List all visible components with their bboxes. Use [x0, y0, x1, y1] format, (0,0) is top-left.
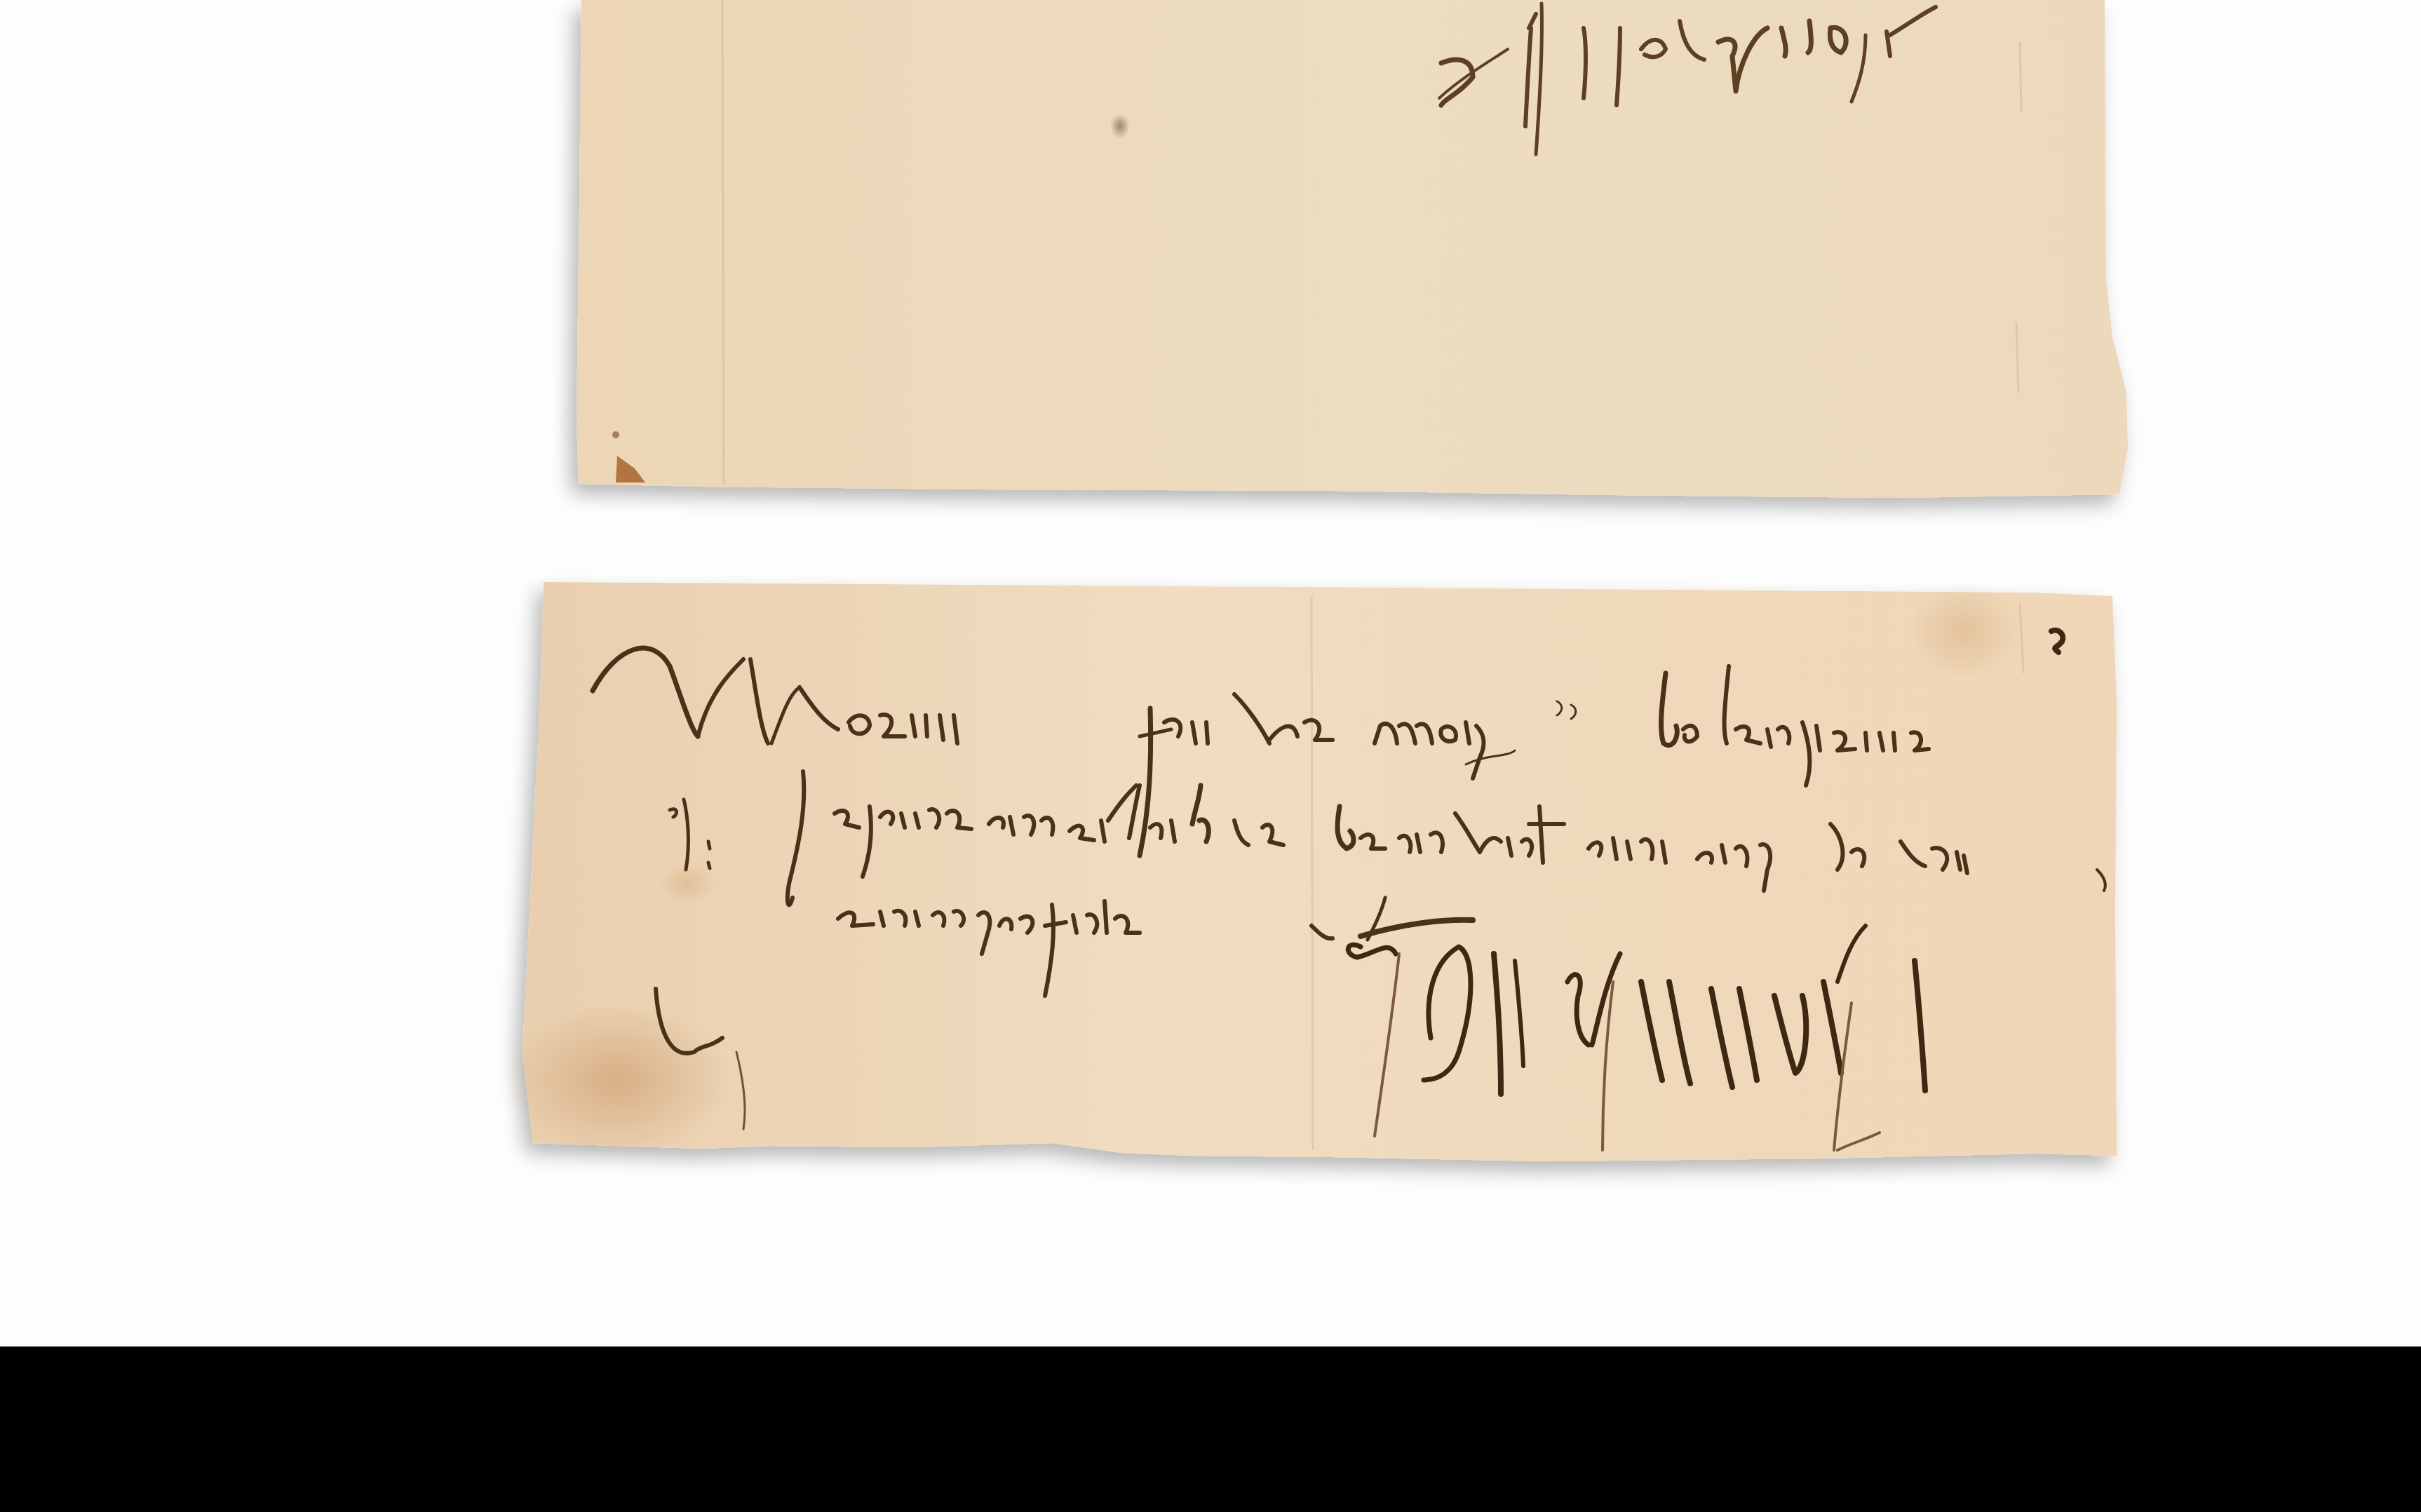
lower-corner-stain — [1908, 582, 2020, 680]
bottom-black-bar — [0, 1346, 2421, 1512]
lower-document — [522, 582, 2117, 1161]
upper-document — [576, 0, 2128, 498]
lower-paper-sheet — [522, 582, 2117, 1161]
lower-water-stain — [505, 1003, 729, 1157]
photo-scene — [0, 0, 2421, 1512]
upper-paper-sheet — [576, 0, 2128, 498]
upper-grey-spot — [1110, 114, 1130, 139]
